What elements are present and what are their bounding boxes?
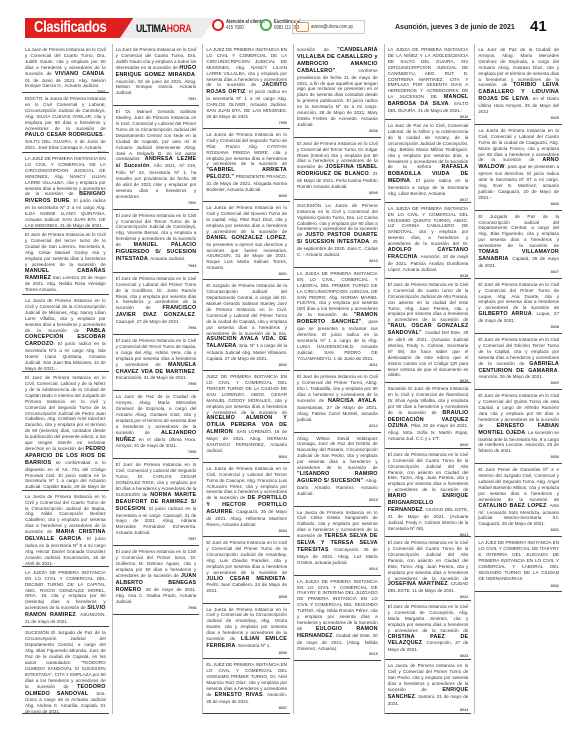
notice-closing: , para que se presenten a reclamar sus d… — [297, 319, 378, 360]
notice-body: LA JUEZ DE PRIMERA INSTANCIA EN LO CIVIL… — [206, 47, 287, 87]
notice-body: El Juez de Primera Instancia en lo Civil… — [25, 375, 106, 451]
deceased-name: JOSEFINA MARTINEZ — [388, 581, 448, 587]
whatsapp-icon — [260, 19, 272, 31]
notice-code: 8025 — [478, 116, 559, 122]
legal-notice: Sucesión El Juez de Primera Instancia en… — [385, 383, 472, 449]
notice-code: 7991 — [116, 97, 197, 103]
notice-body: La Juez de Paz de la Ciudad de Arroyos, … — [478, 47, 559, 87]
deceased-name: CATALINO BAEZ LOPEZ — [478, 503, 546, 509]
legal-notice: El Dr. Manuel Gerardo Saltivan Stanley, … — [113, 106, 200, 210]
legal-notice: El Juez de Primera Instancia en lo Civil… — [385, 449, 472, 537]
legal-notice: El Juez de Primera Instancia en lo Civil… — [113, 459, 200, 546]
notice-code: 8006 — [206, 651, 287, 657]
legal-notice: La Jueza de Primera Instancia en lo Civi… — [203, 129, 290, 202]
notice-code: 7997 — [116, 537, 197, 543]
legal-notice: EDICTO: la Jueza de Primera Instancia en… — [22, 93, 109, 153]
legal-notice: El Juez de Primera Instancia en lo Civil… — [113, 546, 200, 615]
notice-code: 8004 — [206, 529, 287, 535]
notice-code: 8013 — [297, 498, 378, 504]
legal-notice: LA JUEZA DE PRIMERA INSTANCIA EN LO CIVI… — [22, 567, 109, 628]
notice-code: 8012 — [297, 424, 378, 430]
notice-code: 8028 — [478, 325, 559, 331]
notice-body: LA JUEZA DE PRIMERA INSTANCIA EN LO CIVI… — [25, 570, 106, 610]
notice-body: El Juez de Primera Instancia en lo Civil… — [388, 452, 469, 492]
notice-body: El Juez de Primera Instancia en lo Civil… — [206, 540, 287, 575]
legal-notice: El Juez Penal de Garantías Nº 2 e Interi… — [475, 464, 562, 537]
notice-code: 7996 — [116, 450, 197, 456]
notice-code: 8023 — [388, 654, 469, 660]
legal-notice: El Juez de Primera Instancia en lo Civil… — [113, 335, 200, 391]
legal-notice: La Juez de Primera Instancia en lo Civil… — [113, 44, 200, 106]
legal-notice: LA JUEZA DE PRIMERA INSTANCIA DE LA NIÑE… — [385, 44, 472, 120]
legal-notice: LA JUEZA DE PRIMERA INSTANCIA EN LO CIVI… — [294, 268, 381, 372]
legal-notice: La Jueza de Primera Instancia en lo Civi… — [22, 491, 109, 567]
notice-code: 8000 — [206, 194, 287, 200]
legal-notice: El Juez de Primera Instancia en lo Civil… — [113, 273, 200, 335]
notice-closing: . Secretaría Nº 1. — [236, 643, 271, 648]
notice-body: El Juzgado de Primera Instancia de la Ci… — [206, 283, 287, 335]
phone-number: 415 7000 — [226, 25, 244, 31]
email-address: avisos@uhora.com.py — [311, 24, 353, 30]
legal-notice: El Juez de Primera Instancia en lo Civil… — [475, 334, 562, 390]
legal-notice: SUCESIÓN El Juzgado de Paz de la Circuns… — [22, 627, 109, 714]
deceased-name: PAULO CESAR RODRIGUES — [25, 132, 103, 138]
notice-body: LA JUEZ DE PRIMERA INSTANCIA EN LO CIVIL… — [25, 156, 106, 196]
notice-body: LA JUEZ DE PRIMERA INSTANCIA EN LO CIVIL… — [478, 540, 559, 580]
notice-code: 8027 — [478, 270, 559, 276]
notice-closing: . Ciudad Del Este, 28 de abril de 2021. … — [388, 330, 469, 377]
column-3: LA JUEZ DE PRIMERA INSTANCIA EN LO CIVIL… — [202, 44, 290, 714]
legal-notice: LA JUEZA DE PRIMERA INSTANCIA EN LO CIVI… — [385, 203, 472, 279]
notice-body: El Juez de Primera Instancia en lo Civil… — [388, 282, 469, 322]
notice-body: El Dr. Manuel Gerardo Saltivan Stanley, … — [116, 109, 197, 161]
legal-notice: El Juez de Primera Instancia en lo Civil… — [294, 138, 381, 200]
logo-part-hora: HORA — [167, 23, 192, 35]
legal-notice: La Jueza de Primera Instancia en lo Civi… — [385, 660, 472, 714]
newspaper-logo: ULTIMAHORA — [136, 22, 191, 36]
legal-notice: La Jueza de Primera Instancia en lo Civi… — [203, 604, 290, 660]
deceased-name: GILBERTO ARRUA — [478, 311, 531, 317]
legal-notice: La Juez de Paz de la Ciudad de Arroyos, … — [113, 391, 200, 459]
deceased-name: DANIEL GONZALEZ LOPEZ — [206, 235, 285, 241]
legal-notice: El Juez de Primera Instancia en lo Civil… — [113, 210, 200, 273]
notice-body: El Juez de Primera Instancia en lo Civil… — [478, 282, 559, 311]
notice-body: El Juzgado de Paz de la Circunscripción … — [478, 214, 559, 249]
notice-code: 8001 — [206, 272, 287, 278]
notice-code: 8026 — [478, 202, 559, 208]
notice-closing: , conforme providencia de fecha 21 de ma… — [297, 68, 378, 127]
notice-code: 8015 — [297, 652, 378, 658]
legal-notice: El Juez de Primera Instancia en lo Civil… — [385, 279, 472, 383]
notice-code: 7999 — [206, 121, 287, 127]
legal-notice: El Juez de Primera Instancia en lo Civil… — [475, 390, 562, 464]
page-header: Clasificados ULTIMAHORA Atención al clie… — [0, 12, 580, 38]
notice-code: 7998 — [116, 606, 197, 612]
notice-body: La Jueza de Primera Instancia en lo Civi… — [206, 205, 287, 234]
legal-notice: EL JUEZ DE PRIMERA INSTANCIA EN LO CIVIL… — [203, 659, 290, 714]
notice-code: 8014 — [297, 567, 378, 573]
notice-body: LA JUEZA DE PRIMERA INSTANCIA EN LO CIVI… — [297, 271, 378, 317]
notice-body: La Jueza de Primera Instancia en lo Civi… — [206, 132, 287, 167]
legal-notice: sucesión de "CANDELARIA VILLALBA DE CABA… — [294, 44, 381, 138]
notice-body: JUEZ DE PRIMERA INSTANCIA EN LO CIVIL Y … — [206, 374, 287, 414]
legal-notice: El Juez de Primera Instancia en lo Civil… — [203, 537, 290, 603]
legal-notice: El Juez de primera Instancia en lo Civil… — [294, 371, 381, 432]
notice-code: 8002 — [206, 363, 287, 369]
notice-body: El Juez de Primera Instancia en lo Civil… — [25, 232, 106, 267]
legal-notice: El Juzgado de Primera Instancia de la Ci… — [203, 280, 290, 371]
legal-notice: La Jueza de Primera Instancia en lo Civi… — [475, 125, 562, 211]
notice-code: 7995 — [116, 382, 197, 388]
legal-notice: Abog. Wilson David Velázquez Urunaga, Ju… — [294, 433, 381, 507]
envelope-icon — [296, 22, 309, 32]
legal-notice: La Juez de Primera Instancia en lo Civil… — [22, 44, 109, 93]
legal-notice: LA JUEZA DE PRIMERA INSTANCIA EN LO CIVI… — [294, 576, 381, 662]
legal-notice: El Juzgado de Paz de la Circunscripción … — [475, 211, 562, 279]
deceased-name: JULIO CESAR MENDIETA — [206, 576, 285, 582]
legal-notice: La Jueza de Primera Instancia en lo Civi… — [22, 295, 109, 372]
legal-notice: El Juez de Primera Instancia en lo Civil… — [22, 372, 109, 491]
notice-body: La Juez de Paz de la Ciudad de Arroyos, … — [116, 394, 197, 434]
notice-code: 8003 — [206, 455, 287, 461]
legal-notice: LA JUEZ DE PRIMERA INSTANCIA EN LO CIVIL… — [475, 537, 562, 592]
notice-body: El Juez de Primera Instancia en lo Civil… — [388, 604, 469, 633]
notice-body: LA JUEZA DE PRIMERA INSTANCIA EN LO CIVI… — [297, 579, 378, 631]
notice-body: LA JUEZA DE PRIMERA INSTANCIA EN LO CIVI… — [388, 206, 469, 246]
column-4: sucesión de "CANDELARIA VILLALBA DE CABA… — [293, 44, 381, 714]
email-contact: avisos@uhora.com.py — [292, 20, 365, 34]
notice-body: Abog. Wilson David Velázquez Urunaga, Ju… — [297, 436, 378, 471]
legal-notice: La Juez de Paz en lo Civil, Comercial La… — [385, 120, 472, 203]
notice-code: 7994 — [116, 326, 197, 332]
legal-notice: El Juez de Primera Instancia en lo Civil… — [475, 279, 562, 334]
notice-code: 8029 — [478, 381, 559, 387]
dateline: Asunción, jueves 3 de junio de 2021 — [395, 24, 515, 31]
deceased-name: ERNESTO RIVAS — [215, 692, 263, 698]
notice-closing: . Actuaria Judicial. — [148, 256, 185, 261]
notice-body: La Juez de Paz en lo Civil, Comercial La… — [388, 123, 469, 169]
legal-notice: El Juez de Primera Instancia en lo Civil… — [385, 537, 472, 601]
notice-body: sucesión de — [297, 47, 329, 52]
notice-code: 8009 — [297, 191, 378, 197]
legal-notice: La Juez de Paz de la Ciudad de Arroyos, … — [475, 44, 562, 125]
phone-icon — [212, 19, 224, 31]
section-title: Clasificados — [34, 18, 106, 38]
notice-code: 8031 — [478, 528, 559, 534]
notice-code: 8024 — [388, 708, 469, 714]
notice-body: El Juez de Primera Instancia en lo Civil… — [388, 540, 469, 580]
deceased-name: NARCISA AYALA — [328, 398, 376, 404]
notice-body: SUCESIÓN El Juzgado de Paz de la Circuns… — [25, 630, 106, 688]
notice-code: 8008 — [297, 129, 378, 135]
notice-code: 8007 — [206, 706, 287, 712]
page-number: 41 — [530, 18, 547, 35]
notice-code: 7992 — [116, 201, 197, 207]
legal-notice: LA JUEZ DE PRIMERA INSTANCIA EN LO CIVIL… — [203, 44, 290, 129]
legal-notice: El Juez de Primera Instancia en lo Civil… — [22, 229, 109, 295]
notice-code: 8030 — [478, 455, 559, 461]
column-6: La Juez de Paz de la Ciudad de Arroyos, … — [474, 44, 562, 714]
column-2: La Juez de Primera Instancia en lo Civil… — [112, 44, 200, 714]
notice-code: 8010 — [297, 259, 378, 265]
legal-notice: El Juez de Primera Instancia en lo Civil… — [385, 601, 472, 660]
notice-code: 8032 — [478, 584, 559, 590]
legal-notice: La Jueza de Primera Instancia en lo Civi… — [294, 507, 381, 576]
notice-body: La Jueza de Primera Instancia en lo Civi… — [25, 494, 106, 534]
legal-notice: LA JUEZ DE PRIMERA INSTANCIA EN LO CIVIL… — [22, 153, 109, 229]
legal-notice: La Jueza de Primera Instancia en lo Civi… — [203, 463, 290, 537]
legal-notice: SUCESIÓN La Jueza de Primera Instancia e… — [294, 200, 381, 268]
notice-body: EDICTO: la Jueza de Primera Instancia en… — [25, 96, 106, 131]
logo-part-ultima: ULTIMA — [136, 23, 167, 35]
notice-code: 8005 — [206, 595, 287, 601]
notice-body: El Juez Penal de Garantías Nº 2 e Interi… — [478, 467, 559, 502]
legal-notice: La Jueza de Primera Instancia en lo Civi… — [203, 202, 290, 280]
notice-body: LA JUEZA DE PRIMERA INSTANCIA DE LA NIÑE… — [388, 47, 469, 99]
classified-columns: La Juez de Primera Instancia en lo Civil… — [22, 44, 562, 714]
notice-code: 7993 — [116, 264, 197, 270]
legal-notice: JUEZ DE PRIMERA INSTANCIA EN LO CIVIL Y … — [203, 371, 290, 463]
notice-code: 8011 — [297, 363, 378, 369]
deceased-name: VIVIANO CANDIA — [55, 71, 104, 77]
column-1: La Juez de Primera Instancia en lo Civil… — [22, 44, 109, 714]
column-5: LA JUEZA DE PRIMERA INSTANCIA DE LA NIÑE… — [384, 44, 472, 714]
deceased-name: JUSTO PASTOR DUARTE S/ SUCESION INTESTAD… — [297, 232, 378, 245]
